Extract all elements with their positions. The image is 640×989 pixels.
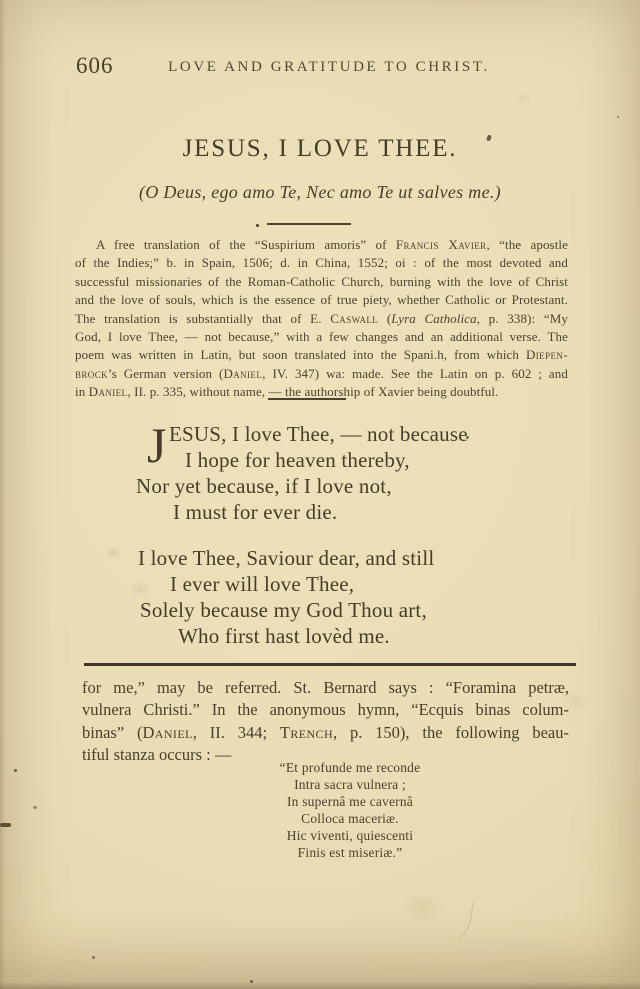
text-line: I love Thee, Saviour dear, and still [138,545,434,571]
hymn-subtitle-latin: (O Deus, ego amo Te, Nec amo Te ut salve… [0,182,640,203]
ink-speck [33,806,37,809]
text-line: vulnera Christi.” In the anonymous hymn,… [82,699,569,721]
text-line: brock’s German version (Daniel, IV. 347)… [75,365,568,383]
text-line: binas” (Daniel, II. 344; Trench, p. 150)… [82,722,569,744]
text-line: Nor yet because, if I love not, [136,473,468,499]
book-page: 606 LOVE AND GRATITUDE TO CHRIST. JESUS,… [0,0,640,989]
paper-blotch [104,546,122,560]
text-line: God, I love Thee, — not because,” with a… [75,328,568,346]
text-line: I hope for heaven thereby, [185,447,468,473]
footnote-paragraph: for me,” may be referred. St. Bernard sa… [82,677,569,767]
text-line: I must for ever die. [173,499,468,525]
ink-speck [466,436,469,439]
text-line: Finis est miseriæ.” [160,845,540,862]
text-line: A free translation of the “Suspirium amo… [75,236,568,254]
text-line: Intra sacra vulnera ; [160,777,540,794]
hymn-stanza-1: ESUS, I love Thee, — not becauseI hope f… [136,421,468,525]
ink-speck [92,956,95,959]
divider-dot [256,224,259,227]
latin-stanza: “Et profunde me recondeIntra sacra vulne… [160,760,540,861]
page-edge-shadow-left [0,0,5,989]
text-line: poem was written in Latin, but soon tran… [75,346,568,364]
ink-speck [14,769,17,772]
paper-blotch [515,92,531,104]
text-line: Who first hast lovèd me. [178,623,434,649]
text-line: In supernâ me cavernâ [160,794,540,811]
divider-rule [267,223,351,225]
text-line: Solely because my God Thou art, [140,597,434,623]
text-line: Hic viventi, quiescenti [160,828,540,845]
running-title: LOVE AND GRATITUDE TO CHRIST. [0,59,640,76]
paper-scratch [437,898,473,942]
text-line: “Et profunde me reconde [160,760,540,777]
text-line: The translation is substantially that of… [75,310,568,328]
text-line: of the Indies;” b. in Spain, 1506; d. in… [75,254,568,272]
footnote-rule [84,663,576,666]
text-line: for me,” may be referred. St. Bernard sa… [82,677,569,699]
text-line: and the love of souls, which is the esse… [75,291,568,309]
section-rule [268,398,346,400]
hymn-title: JESUS, I LOVE THEE. [0,135,640,163]
headnote-paragraph: A free translation of the “Suspirium amo… [75,236,568,402]
hymn-stanza-2: I love Thee, Saviour dear, and stillI ev… [138,545,434,649]
text-line: successful missionaries of the Roman-Cat… [75,273,568,291]
text-line: ESUS, I love Thee, — not because [169,421,468,447]
ornament-divider [256,221,356,229]
ink-speck [617,116,619,118]
text-line: Colloca maceriæ. [160,811,540,828]
text-line: I ever will love Thee, [170,571,434,597]
page-edge-shadow-bottom [0,982,640,989]
